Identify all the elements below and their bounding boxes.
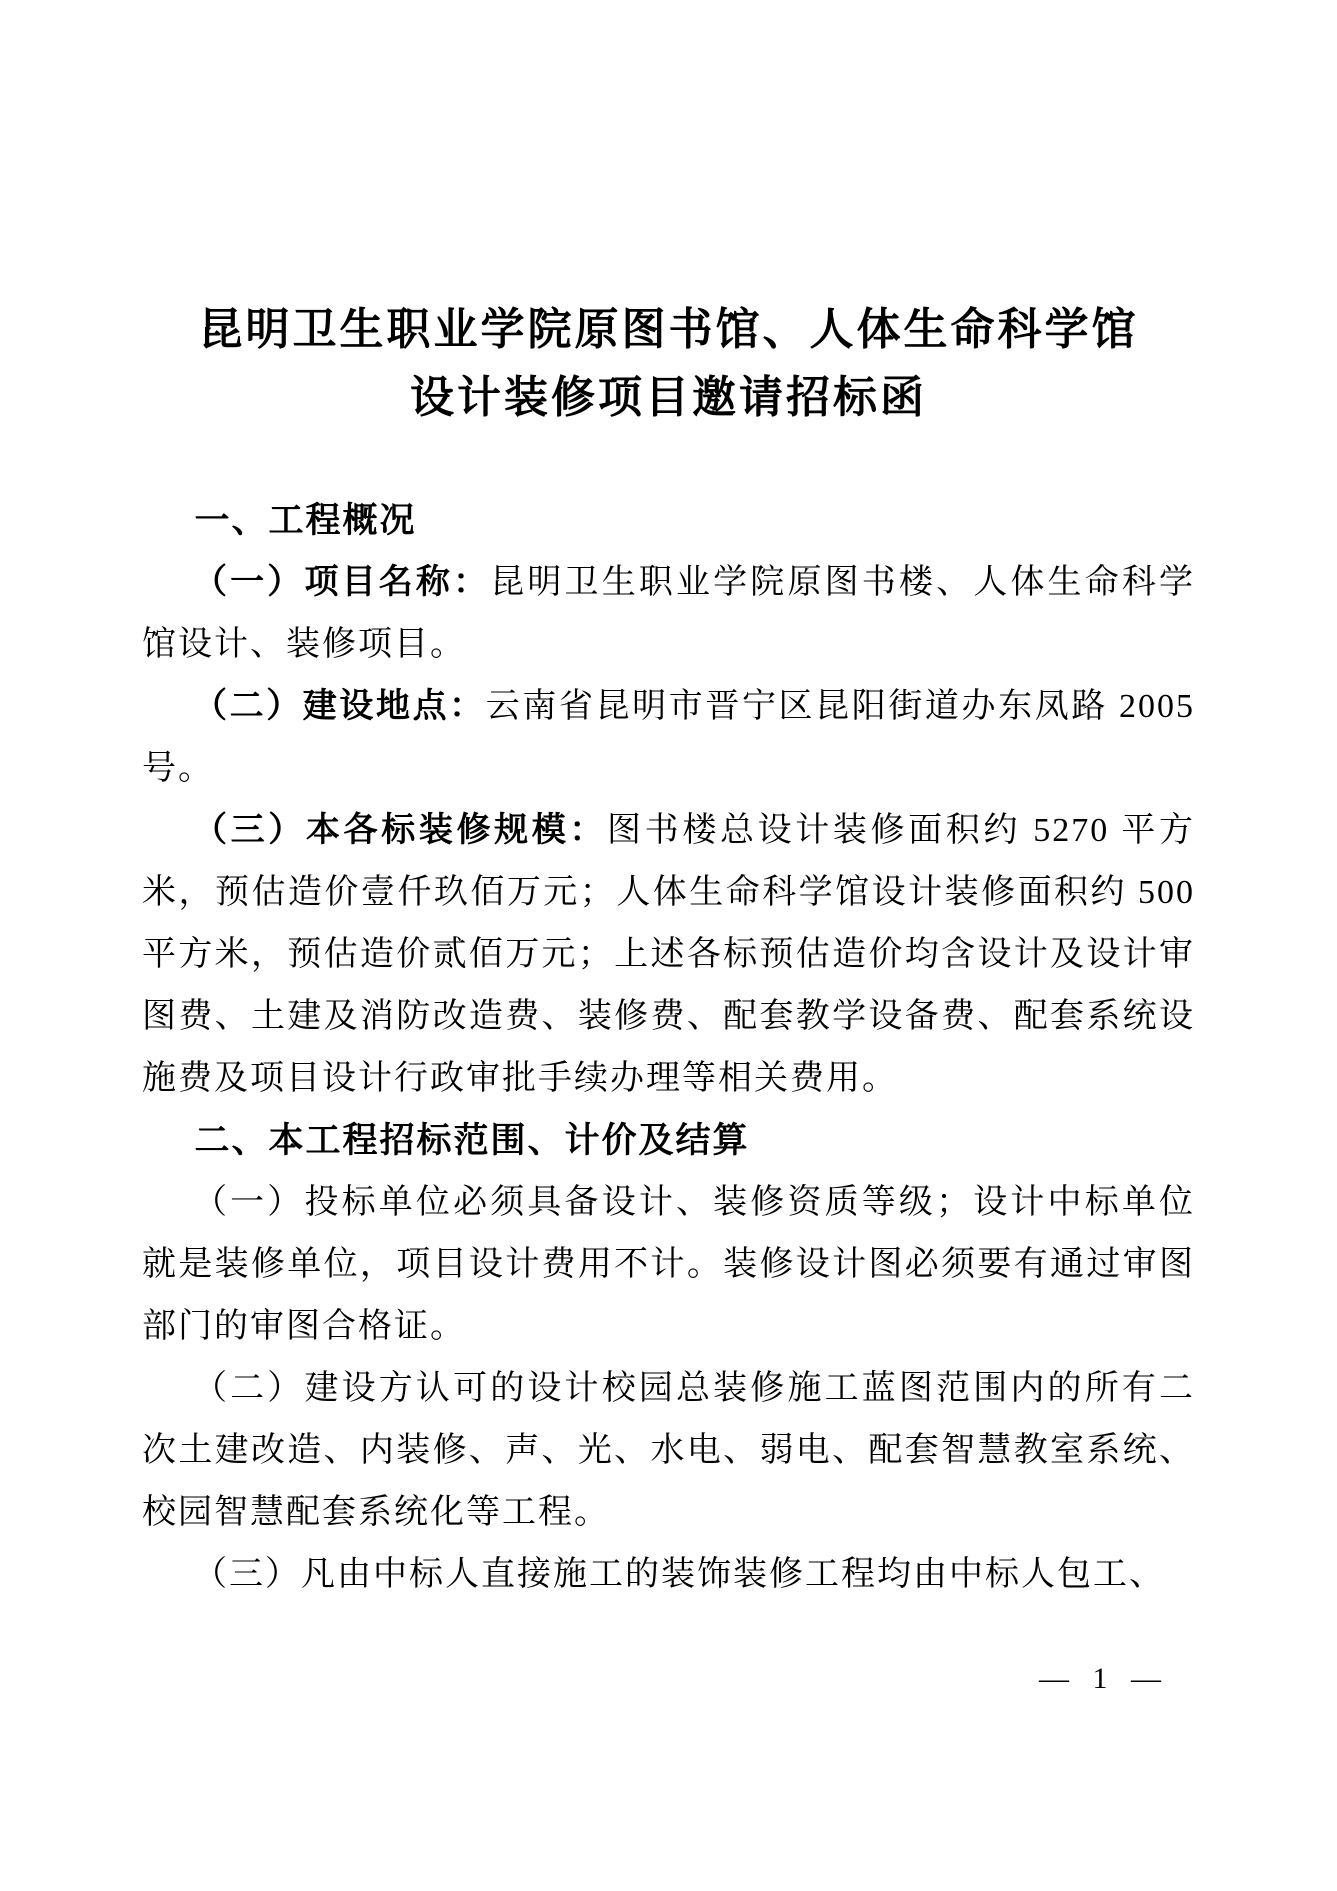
paragraph-text: （三）凡由中标人直接施工的装饰装修工程均由中标人包工、	[193, 1556, 1165, 1593]
section-1-paragraph-1: （一）项目名称：昆明卫生职业学院原图书楼、人体生命科学馆设计、装修项目。	[142, 552, 1195, 676]
paragraph-lead: （二）建设地点：	[193, 688, 486, 725]
paragraph-text: 图书楼总设计装修面积约 5270 平方米，预估造价壹仟玖佰万元；人体生命科学馆设…	[142, 812, 1195, 1097]
paragraph-text: （一）投标单位必须具备设计、装修资质等级；设计中标单位就是装修单位，项目设计费用…	[142, 1184, 1195, 1345]
paragraph-lead: （一）项目名称：	[193, 564, 490, 601]
section-2-paragraph-2: （二）建设方认可的设计校园总装修施工蓝图范围内的所有二次土建改造、内装修、声、光…	[142, 1358, 1195, 1544]
document-title: 昆明卫生职业学院原图书馆、人体生命科学馆 设计装修项目邀请招标函	[142, 296, 1195, 432]
document-title-line-2: 设计装修项目邀请招标函	[142, 364, 1195, 432]
section-1-paragraph-2: （二）建设地点：云南省昆明市晋宁区昆阳街道办东凤路 2005 号。	[142, 676, 1195, 800]
document-body: 一、工程概况 （一）项目名称：昆明卫生职业学院原图书楼、人体生命科学馆设计、装修…	[142, 490, 1195, 1606]
document-page: 昆明卫生职业学院原图书馆、人体生命科学馆 设计装修项目邀请招标函 一、工程概况 …	[0, 0, 1337, 1891]
section-2-heading: 二、本工程招标范围、计价及结算	[142, 1110, 1195, 1172]
section-1-heading: 一、工程概况	[142, 490, 1195, 552]
page-number: — 1 —	[1039, 1662, 1169, 1696]
section-2-paragraph-1: （一）投标单位必须具备设计、装修资质等级；设计中标单位就是装修单位，项目设计费用…	[142, 1172, 1195, 1358]
document-title-line-1: 昆明卫生职业学院原图书馆、人体生命科学馆	[142, 296, 1195, 364]
section-1-paragraph-3: （三）本各标装修规模：图书楼总设计装修面积约 5270 平方米，预估造价壹仟玖佰…	[142, 800, 1195, 1110]
paragraph-text: （二）建设方认可的设计校园总装修施工蓝图范围内的所有二次土建改造、内装修、声、光…	[142, 1370, 1195, 1531]
paragraph-lead: （三）本各标装修规模：	[193, 812, 607, 849]
section-2-paragraph-3: （三）凡由中标人直接施工的装饰装修工程均由中标人包工、	[142, 1544, 1195, 1606]
